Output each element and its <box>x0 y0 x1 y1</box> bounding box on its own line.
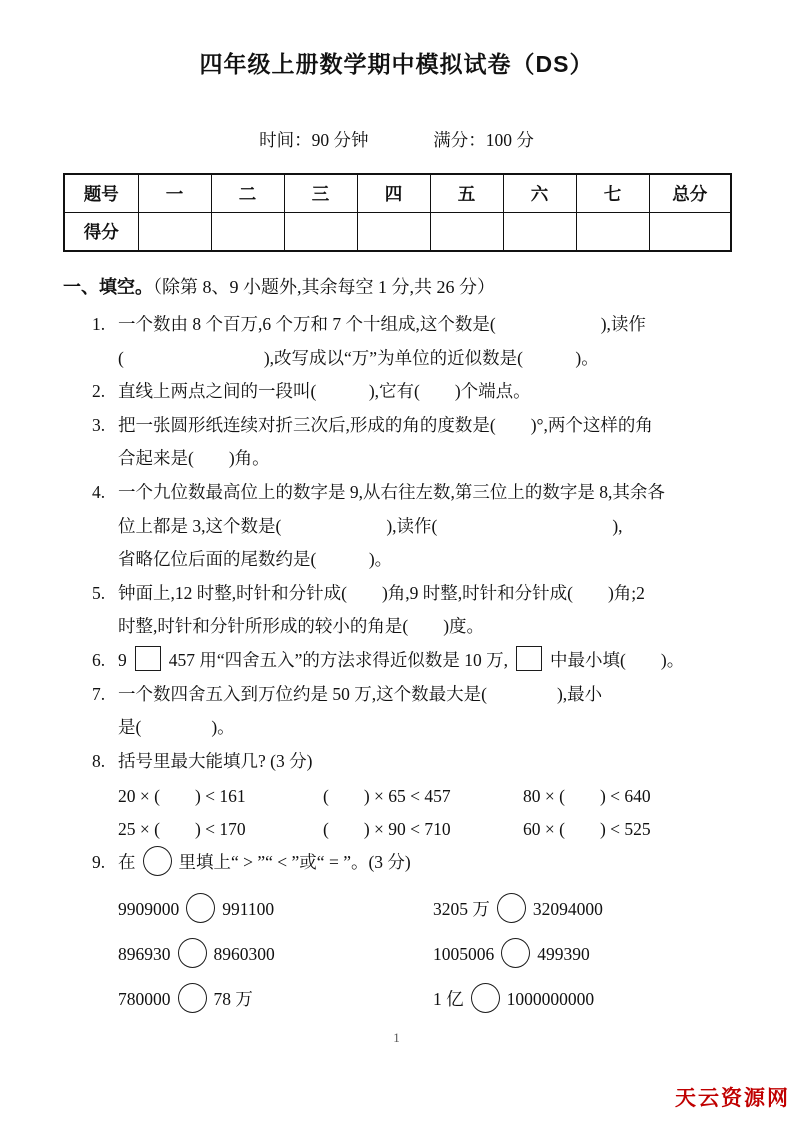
question-2-line-1: 直线上两点之间的一段叫( ),它有( )个端点。 <box>118 375 730 409</box>
score-cell <box>211 213 284 252</box>
question-6-line-1: 9457 用“四舍五入”的方法求得近似数是 10 万,中最小填( )。 <box>118 644 730 678</box>
comparison-right: 32094000 <box>533 899 603 919</box>
expression: ( ) × 90 < 710 <box>323 813 523 846</box>
score-table-col-7: 七 <box>576 174 649 213</box>
blank-box <box>516 646 542 671</box>
question-7-number: 7. <box>92 678 118 712</box>
comparison-row: 78000078 万 1 亿1000000000 <box>118 976 730 1021</box>
question-4-line-2: 位上都是 3,这个数是( ),读作( ), <box>118 510 730 544</box>
question-5: 5. 钟面上,12 时整,时针和分针成( )角,9 时整,时针和分针成( )角;… <box>92 577 730 644</box>
blank-box <box>135 646 161 671</box>
page-title: 四年级上册数学期中模拟试卷（DS） <box>0 0 793 79</box>
question-5-number: 5. <box>92 577 118 611</box>
question-9-comparisons: 9909000991100 3205 万32094000 89693089603… <box>118 886 730 1021</box>
question-9-number: 9. <box>92 846 118 880</box>
exam-page: 四年级上册数学期中模拟试卷（DS） 时间：90 分钟 满分：100 分 题号 一… <box>0 0 793 1122</box>
question-3-line-2: 合起来是( )角。 <box>118 442 730 476</box>
comparison-right: 1000000000 <box>507 989 595 1009</box>
score-cell <box>284 213 357 252</box>
question-7: 7. 一个数四舍五入到万位约是 50 万,这个数最大是( ),最小 是( )。 <box>92 678 730 745</box>
comparison-left: 9909000 <box>118 899 179 919</box>
comparison-right: 78 万 <box>214 989 253 1009</box>
score-cell <box>503 213 576 252</box>
question-3-line-1: 把一张圆形纸连续对折三次后,形成的角的度数是( )°,两个这样的角 <box>118 409 730 443</box>
question-8-expressions: 20 × ( ) < 161 ( ) × 65 < 457 80 × ( ) <… <box>118 780 730 846</box>
comparison: 3205 万32094000 <box>433 893 730 923</box>
question-6-text-post: 中最小填( )。 <box>550 650 684 670</box>
score-table-col-6: 六 <box>503 174 576 213</box>
expression: ( ) × 65 < 457 <box>323 780 523 813</box>
question-8-number: 8. <box>92 745 118 779</box>
comparison: 78000078 万 <box>118 983 433 1013</box>
score-table: 题号 一 二 三 四 五 六 七 总分 得分 <box>63 173 732 252</box>
exam-full-score: 满分：100 分 <box>433 130 534 150</box>
comparison-right: 8960300 <box>214 944 275 964</box>
question-4: 4. 一个九位数最高位上的数字是 9,从右往左数,第三位上的数字是 8,其余各 … <box>92 476 730 577</box>
question-9-intro: 在里填上“ > ”“ < ”或“ = ”。(3 分) <box>118 846 730 880</box>
question-8: 8. 括号里最大能填几? (3 分) 20 × ( ) < 161 ( ) × … <box>92 745 730 847</box>
blank-circle <box>178 983 207 1013</box>
watermark: 天云资源网 <box>675 1082 790 1112</box>
score-table-header-label: 题号 <box>64 174 138 213</box>
exam-time: 时间：90 分钟 <box>259 130 368 150</box>
exam-meta: 时间：90 分钟 满分：100 分 <box>63 127 730 152</box>
question-1-number: 1. <box>92 308 118 342</box>
score-table-col-2: 二 <box>211 174 284 213</box>
comparison: 9909000991100 <box>118 893 433 923</box>
comparison-left: 780000 <box>118 989 171 1009</box>
blank-circle <box>143 846 172 876</box>
question-7-line-2: 是( )。 <box>118 711 730 745</box>
score-table-score-row: 得分 <box>64 213 731 252</box>
question-list: 1. 一个数由 8 个百万,6 个万和 7 个十组成,这个数是( ),读作 ( … <box>92 308 730 1021</box>
question-9-intro-post: 里填上“ > ”“ < ”或“ = ”。(3 分) <box>179 852 411 872</box>
question-1-line-2: ( ),改写成以“万”为单位的近似数是( )。 <box>118 342 730 376</box>
question-3-number: 3. <box>92 409 118 443</box>
question-3: 3. 把一张圆形纸连续对折三次后,形成的角的度数是( )°,两个这样的角 合起来… <box>92 409 730 476</box>
blank-circle <box>471 983 500 1013</box>
question-6-text-pre: 9 <box>118 650 127 670</box>
question-7-line-1: 一个数四舍五入到万位约是 50 万,这个数最大是( ),最小 <box>118 678 730 712</box>
comparison-right: 991100 <box>222 899 274 919</box>
score-table-col-1: 一 <box>138 174 211 213</box>
score-table-col-total: 总分 <box>649 174 731 213</box>
question-2-number: 2. <box>92 375 118 409</box>
score-cell <box>649 213 731 252</box>
question-4-line-1: 一个九位数最高位上的数字是 9,从右往左数,第三位上的数字是 8,其余各 <box>118 476 730 510</box>
question-1: 1. 一个数由 8 个百万,6 个万和 7 个十组成,这个数是( ),读作 ( … <box>92 308 730 375</box>
question-4-line-3: 省略亿位后面的尾数约是( )。 <box>118 543 730 577</box>
score-table-header-row: 题号 一 二 三 四 五 六 七 总分 <box>64 174 731 213</box>
question-6-text-mid: 457 用“四舍五入”的方法求得近似数是 10 万, <box>169 650 508 670</box>
comparison-row: 8969308960300 1005006499390 <box>118 931 730 976</box>
question-4-number: 4. <box>92 476 118 510</box>
expression: 20 × ( ) < 161 <box>118 780 323 813</box>
score-row-label: 得分 <box>64 213 138 252</box>
expression: 60 × ( ) < 525 <box>523 813 730 846</box>
question-8-heading: 括号里最大能填几? (3 分) <box>118 745 730 779</box>
score-table-col-5: 五 <box>430 174 503 213</box>
score-cell <box>576 213 649 252</box>
question-6: 6. 9457 用“四舍五入”的方法求得近似数是 10 万,中最小填( )。 <box>92 644 730 678</box>
comparison-row: 9909000991100 3205 万32094000 <box>118 886 730 931</box>
comparison-left: 3205 万 <box>433 899 490 919</box>
blank-circle <box>186 893 215 923</box>
section-1-heading: 一、填空。（除第 8、9 小题外,其余每空 1 分,共 26 分） <box>63 275 730 299</box>
score-table-col-4: 四 <box>357 174 430 213</box>
question-6-number: 6. <box>92 644 118 678</box>
comparison: 8969308960300 <box>118 938 433 968</box>
page-number: 1 <box>0 1030 793 1046</box>
question-5-line-2: 时整,时针和分针所形成的较小的角是( )度。 <box>118 610 730 644</box>
score-cell <box>357 213 430 252</box>
section-1-title: 一、填空。 <box>63 277 153 297</box>
comparison: 1 亿1000000000 <box>433 983 730 1013</box>
comparison-right: 499390 <box>537 944 590 964</box>
question-5-line-1: 钟面上,12 时整,时针和分针成( )角,9 时整,时针和分针成( )角;2 <box>118 577 730 611</box>
question-2: 2. 直线上两点之间的一段叫( ),它有( )个端点。 <box>92 375 730 409</box>
comparison-left: 1 亿 <box>433 989 464 1009</box>
expression: 80 × ( ) < 640 <box>523 780 730 813</box>
comparison: 1005006499390 <box>433 938 730 968</box>
question-9-intro-pre: 在 <box>118 852 136 872</box>
expression-row: 20 × ( ) < 161 ( ) × 65 < 457 80 × ( ) <… <box>118 780 730 813</box>
expression-row: 25 × ( ) < 170 ( ) × 90 < 710 60 × ( ) <… <box>118 813 730 846</box>
comparison-left: 896930 <box>118 944 171 964</box>
blank-circle <box>178 938 207 968</box>
question-1-line-1: 一个数由 8 个百万,6 个万和 7 个十组成,这个数是( ),读作 <box>118 308 730 342</box>
comparison-left: 1005006 <box>433 944 494 964</box>
blank-circle <box>497 893 526 923</box>
section-1-note: （除第 8、9 小题外,其余每空 1 分,共 26 分） <box>153 277 495 297</box>
score-cell <box>138 213 211 252</box>
blank-circle <box>501 938 530 968</box>
score-table-col-3: 三 <box>284 174 357 213</box>
expression: 25 × ( ) < 170 <box>118 813 323 846</box>
question-9: 9. 在里填上“ > ”“ < ”或“ = ”。(3 分) 9909000991… <box>92 846 730 1021</box>
score-cell <box>430 213 503 252</box>
